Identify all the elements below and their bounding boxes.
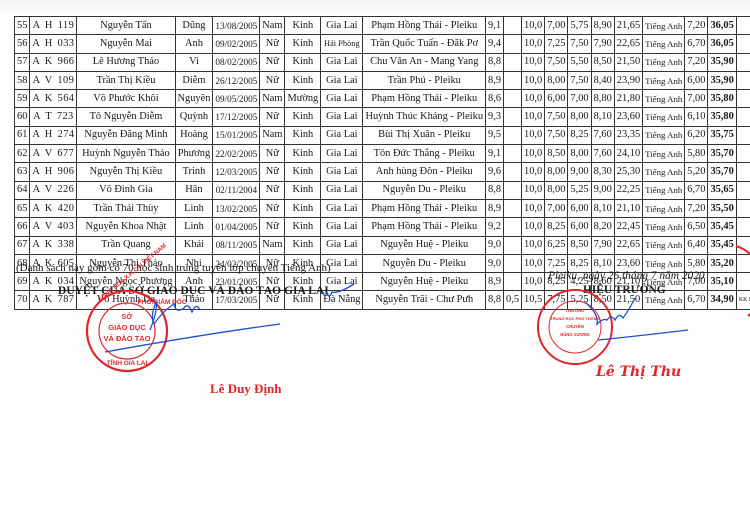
cell-d1: 10,0 [522,199,545,217]
cell-d2: 7,75 [545,291,568,309]
cell-ghichu [736,163,750,181]
cell-ten: Khải [175,236,213,254]
cell-d2: 7,50 [545,126,568,144]
cell-truong: Bùi Thị Xuân - Pleiku [363,126,486,144]
cell-noisinh: Gia Lai [321,53,363,71]
cell-mon: Tiếng Anh [643,17,685,35]
cell-dantoc: Kinh [285,181,321,199]
cell-sbd: A K 338 [30,236,77,254]
cell-sbd: A V 109 [30,71,77,89]
cell-ghichu [736,181,750,199]
cell-d5: 22,45 [614,218,642,236]
cell-uu_tien [504,254,522,272]
cell-d_mon: 6,70 [685,291,708,309]
cell-dantoc: Kinh [285,218,321,236]
cell-ten: Hân [175,181,213,199]
table-row: 58A V 109Trần Thị KiềuDiễm26/12/2005NữKi… [15,71,750,89]
cell-d4: 8,30 [591,163,614,181]
cell-ngaysinh: 26/12/2005 [213,71,260,89]
cell-uu_tien [504,199,522,217]
cell-d1: 10,0 [522,254,545,272]
cell-gioitinh: Nam [260,126,285,144]
cell-ngaysinh: 13/08/2005 [213,17,260,35]
cell-d_mon: 7,20 [685,53,708,71]
cell-diem_tb: 8,9 [486,199,504,217]
table-row: 61A H 274Nguyễn Đăng MinhHoàng15/01/2005… [15,126,750,144]
cell-stt: 55 [15,17,30,35]
cell-sbd: A K 966 [30,53,77,71]
cell-ho: Trần Thị Kiều [77,71,175,89]
cell-ghichu [736,254,750,272]
cell-ghichu [736,273,750,291]
cell-tong: 35,20 [708,254,736,272]
cell-ghichu [736,17,750,35]
cell-ho: Huỳnh Nguyễn Thảo [77,145,175,163]
cell-gioitinh: Nữ [260,108,285,126]
cell-truong: Trần Phú - Pleiku [363,71,486,89]
cell-ghichu [736,35,750,53]
cell-d2: 7,00 [545,199,568,217]
cell-uu_tien [504,126,522,144]
list-note: (Danh sách này gồm có 70 học sinh trúng … [16,262,331,274]
cell-mon: Tiếng Anh [643,35,685,53]
cell-d5: 23,90 [614,71,642,89]
cell-ten: Nguyên [175,90,213,108]
cell-uu_tien [504,35,522,53]
cell-stt: 70 [15,291,30,309]
cell-sbd: A H 906 [30,163,77,181]
table-row: 55A H 119Nguyễn TấnDũng13/08/2005NamKinh… [15,17,750,35]
cell-diem_tb: 9,5 [486,126,504,144]
cell-mon: Tiếng Anh [643,90,685,108]
cell-d3: 8,00 [568,108,591,126]
cell-dantoc: Kinh [285,71,321,89]
cell-d2: 8,00 [545,181,568,199]
cell-gioitinh: Nam [260,90,285,108]
cell-d5: 21,65 [614,17,642,35]
cell-d1: 10,0 [522,181,545,199]
cell-d_mon: 6,70 [685,35,708,53]
cell-truong: Huỳnh Thúc Kháng - Pleiku [363,108,486,126]
cell-gioitinh: Nữ [260,145,285,163]
cell-tong: 35,45 [708,236,736,254]
svg-text:SỞ: SỞ [122,312,133,321]
cell-d5: 22,25 [614,181,642,199]
cell-uu_tien [504,181,522,199]
cell-dantoc: Kinh [285,236,321,254]
cell-truong: Phạm Hồng Thái - Pleiku [363,17,486,35]
cell-d_mon: 6,20 [685,126,708,144]
cell-ngaysinh: 13/02/2005 [213,199,260,217]
cell-diem_tb: 9,0 [486,254,504,272]
cell-sbd: A T 723 [30,108,77,126]
cell-gioitinh: Nữ [260,218,285,236]
cell-stt: 60 [15,108,30,126]
cell-tong: 35,70 [708,163,736,181]
cell-stt: 64 [15,181,30,199]
cell-d_mon: 7,00 [685,90,708,108]
cell-d4: 7,90 [591,236,614,254]
cell-ten: Linh [175,218,213,236]
approval-title: DUYỆT CỦA SỞ GIÁO DỤC VÀ ĐÀO TẠO GIA LAI [58,285,329,297]
cell-stt: 63 [15,163,30,181]
cell-truong: Phạm Hồng Thái - Pleiku [363,199,486,217]
cell-tong: 35,90 [708,71,736,89]
cell-d3: 5,50 [568,53,591,71]
cell-truong: Nguyễn Trãi - Chư Pưh [363,291,486,309]
cell-sbd: A K 420 [30,199,77,217]
left-signer-name: Lê Duy Định [210,381,282,397]
cell-gioitinh: Nữ [260,163,285,181]
cell-tong: 34,90 [708,291,736,309]
svg-text:CHUYÊN: CHUYÊN [566,324,584,329]
cell-tong: 36,05 [708,35,736,53]
cell-d1: 10,0 [522,108,545,126]
cell-ho: Lê Hương Thảo [77,53,175,71]
cell-sbd: A H 119 [30,17,77,35]
cell-tong: 35,50 [708,199,736,217]
cell-ghichu [736,108,750,126]
cell-d5: 23,35 [614,126,642,144]
cell-uu_tien [504,90,522,108]
cell-stt: 62 [15,145,30,163]
cell-noisinh: Gia Lai [321,199,363,217]
cell-d4: 7,60 [591,145,614,163]
cell-d2: 8,00 [545,71,568,89]
cell-ho: Võ Đình Gia [77,181,175,199]
cell-noisinh: Gia Lai [321,145,363,163]
cell-ten: Vi [175,53,213,71]
cell-d5: 21,50 [614,53,642,71]
cell-truong: Nguyễn Du - Pleiku [363,254,486,272]
cell-diem_tb: 9,1 [486,17,504,35]
cell-uu_tien [504,71,522,89]
cell-ten: Phương [175,145,213,163]
cell-ngaysinh: 12/03/2005 [213,163,260,181]
cell-d_mon: 7,20 [685,17,708,35]
cell-d5: 24,10 [614,145,642,163]
cell-d5: 22,65 [614,35,642,53]
cell-tong: 36,05 [708,17,736,35]
cell-truong: Chu Văn An - Mang Yang [363,53,486,71]
right-signer-name: Lê Thị Thu [596,364,681,380]
svg-text:GIÁO DỤC: GIÁO DỤC [108,323,146,332]
table-row: 67A K 338Trần QuangKhải08/11/2005NamKinh… [15,236,750,254]
cell-ho: Nguyễn Khoa Nhật [77,218,175,236]
cell-d4: 7,60 [591,126,614,144]
cell-d4: 8,80 [591,90,614,108]
cell-stt: 69 [15,273,30,291]
cell-tong: 35,80 [708,90,736,108]
cell-mon: Tiếng Anh [643,181,685,199]
cell-noisinh: Gia Lai [321,181,363,199]
cell-d3: 5,25 [568,181,591,199]
cell-d1: 10,0 [522,35,545,53]
cell-ghichu [736,90,750,108]
cell-noisinh: Gia Lai [321,17,363,35]
cell-stt: 65 [15,199,30,217]
cell-d1: 10,0 [522,126,545,144]
cell-ngaysinh: 15/01/2005 [213,126,260,144]
cell-d3: 8,25 [568,126,591,144]
cell-d1: 10,0 [522,17,545,35]
cell-truong: Tôn Đức Thắng - Pleiku [363,145,486,163]
cell-sbd: A V 677 [30,145,77,163]
table-row: 66A V 403Nguyễn Khoa NhậtLinh01/04/2005N… [15,218,750,236]
cell-diem_tb: 8,6 [486,90,504,108]
table-row: 56A H 033Nguyễn MaiAnh09/02/2005NữKinhHả… [15,35,750,53]
cell-d5: 25,30 [614,163,642,181]
cell-d4: 8,50 [591,53,614,71]
cell-ngaysinh: 22/02/2005 [213,145,260,163]
cell-gioitinh: Nữ [260,35,285,53]
cell-d4: 8,10 [591,108,614,126]
cell-diem_tb: 9,2 [486,218,504,236]
cell-ngaysinh: 01/04/2005 [213,218,260,236]
cell-ten: Dũng [175,17,213,35]
cell-d2: 8,50 [545,145,568,163]
cell-d_mon: 6,50 [685,218,708,236]
cell-stt: 59 [15,90,30,108]
cell-dantoc: Kinh [285,108,321,126]
svg-text:HÙNG VƯƠNG: HÙNG VƯƠNG [560,332,590,337]
cell-ten: Linh [175,199,213,217]
cell-d3: 8,00 [568,145,591,163]
principal-title: HIỆU TRƯỞNG [583,284,666,296]
cell-diem_tb: 8,8 [486,53,504,71]
cell-d4: 8,20 [591,218,614,236]
cell-d_mon: 6,00 [685,71,708,89]
cell-d4: 8,10 [591,199,614,217]
cell-ghichu [736,71,750,89]
cell-d1: 10,5 [522,291,545,309]
cell-ho: Võ Phước Khôi [77,90,175,108]
cell-d5: 22,65 [614,236,642,254]
cell-ho: Nguyễn Đăng Minh [77,126,175,144]
cell-gioitinh: Nữ [260,71,285,89]
cell-d_mon: 7,20 [685,199,708,217]
cell-d3: 5,75 [568,17,591,35]
cell-sbd: A H 274 [30,126,77,144]
cell-diem_tb: 9,0 [486,236,504,254]
cell-noisinh: Hải Phòng [321,35,363,53]
cell-mon: Tiếng Anh [643,126,685,144]
cell-truong: Phạm Hồng Thái - Pleiku [363,218,486,236]
cell-tong: 35,45 [708,218,736,236]
cell-ghichu [736,53,750,71]
date-line: Pleiku, ngày 26 tháng 7 năm 2020 [548,270,705,282]
document-page: 55A H 119Nguyễn TấnDũng13/08/2005NamKinh… [0,0,750,530]
cell-tong: 35,70 [708,145,736,163]
cell-d2: 8,25 [545,218,568,236]
cell-uu_tien [504,108,522,126]
cell-truong: Nguyễn Huệ - Pleiku [363,236,486,254]
cell-diem_tb: 8,9 [486,273,504,291]
cell-d2: 6,00 [545,90,568,108]
table-row: 63A H 906Nguyễn Thị KiềuTrinh12/03/2005N… [15,163,750,181]
cell-truong: Trần Quốc Tuấn - Đăk Pơ [363,35,486,53]
cell-ten: Diễm [175,71,213,89]
cell-dantoc: Kinh [285,199,321,217]
cell-stt: 67 [15,236,30,254]
cell-d2: 7,50 [545,53,568,71]
cell-noisinh: Gia Lai [321,71,363,89]
cell-ghichu [736,199,750,217]
cell-d3: 6,00 [568,218,591,236]
cell-gioitinh: Nam [260,17,285,35]
cell-uu_tien [504,236,522,254]
cell-d3: 6,00 [568,199,591,217]
table-row: 60A T 723Tô Nguyễn DiễmQuỳnh17/12/2005Nữ… [15,108,750,126]
cell-diem_tb: 9,4 [486,35,504,53]
cell-gioitinh: Nữ [260,53,285,71]
cell-noisinh: Gia Lai [321,90,363,108]
cell-ghichu [736,145,750,163]
cell-d4: 7,90 [591,35,614,53]
cell-tong: 35,90 [708,53,736,71]
cell-ghichu [736,236,750,254]
table-row: 65A K 420Trần Thái ThùyLinh13/02/2005NữK… [15,199,750,217]
cell-stt: 56 [15,35,30,53]
svg-text:VÀ ĐÀO TẠO: VÀ ĐÀO TẠO [103,334,150,343]
cell-noisinh: Gia Lai [321,126,363,144]
cell-dantoc: Kinh [285,145,321,163]
cell-mon: Tiếng Anh [643,145,685,163]
cell-gioitinh: Nam [260,236,285,254]
cell-d4: 8,90 [591,17,614,35]
cell-gioitinh: Nữ [260,181,285,199]
cell-ngaysinh: 08/02/2005 [213,53,260,71]
cell-d2: 7,00 [545,17,568,35]
cell-d2: 7,25 [545,35,568,53]
cell-ho: Nguyễn Thị Kiều [77,163,175,181]
cell-diem_tb: 9,3 [486,108,504,126]
cell-mon: Tiếng Anh [643,218,685,236]
svg-text:TRUNG HỌC PHỔ THÔNG: TRUNG HỌC PHỔ THÔNG [550,316,600,321]
cell-d1: 10,0 [522,71,545,89]
cell-sbd: A K 564 [30,90,77,108]
cell-truong: Nguyễn Du - Pleiku [363,181,486,199]
cell-dantoc: Kinh [285,53,321,71]
cell-d_mon: 6,10 [685,108,708,126]
cell-d2: 7,50 [545,108,568,126]
cell-dantoc: Kinh [285,163,321,181]
cell-mon: Tiếng Anh [643,108,685,126]
cell-d4: 8,40 [591,71,614,89]
cell-sbd: A H 033 [30,35,77,53]
cell-uu_tien [504,273,522,291]
cell-truong: Phạm Hồng Thái - Pleiku [363,90,486,108]
cell-d3: 9,00 [568,163,591,181]
cell-d_mon: 6,70 [685,181,708,199]
cell-ghichu [736,218,750,236]
cell-d3: 7,00 [568,90,591,108]
cell-noisinh: Gia Lai [321,108,363,126]
cell-sbd: A V 226 [30,181,77,199]
cell-noisinh: Gia Lai [321,163,363,181]
cell-dantoc: Kinh [285,35,321,53]
cell-mon: Tiếng Anh [643,71,685,89]
cell-tong: 35,10 [708,273,736,291]
cell-stt: 57 [15,53,30,71]
cell-tong: 35,80 [708,108,736,126]
cell-ho: Trần Quang [77,236,175,254]
table-row: 57A K 966Lê Hương ThảoVi08/02/2005NữKinh… [15,53,750,71]
cell-d_mon: 5,80 [685,145,708,163]
cell-noisinh: Gia Lai [321,236,363,254]
cell-d1: 10,0 [522,163,545,181]
cell-d1: 10,0 [522,236,545,254]
cell-mon: Tiếng Anh [643,53,685,71]
cell-dantoc: Kinh [285,17,321,35]
cell-ten: Trinh [175,163,213,181]
cell-uu_tien: 0,5 [504,291,522,309]
cell-tong: 35,75 [708,126,736,144]
cell-gioitinh: Nữ [260,199,285,217]
cell-uu_tien [504,218,522,236]
cell-d2: 6,25 [545,236,568,254]
cell-uu_tien [504,145,522,163]
cell-diem_tb: 9,6 [486,163,504,181]
cell-ten: Hoàng [175,126,213,144]
cell-d_mon: 5,20 [685,163,708,181]
cell-diem_tb: 8,8 [486,291,504,309]
cell-ngaysinh: 08/11/2005 [213,236,260,254]
cell-ho: Tô Nguyễn Diễm [77,108,175,126]
cell-stt: 61 [15,126,30,144]
cell-d1: 10,0 [522,90,545,108]
cell-ghichu [736,126,750,144]
cell-mon: Tiếng Anh [643,199,685,217]
cell-ten: Quỳnh [175,108,213,126]
cell-stt: 58 [15,71,30,89]
cell-ten: Anh [175,35,213,53]
cell-d3: 7,50 [568,35,591,53]
cell-ngaysinh: 17/12/2005 [213,108,260,126]
cell-ho: Nguyễn Tấn [77,17,175,35]
cell-uu_tien [504,53,522,71]
cell-diem_tb: 9,1 [486,145,504,163]
cell-d2: 8,00 [545,163,568,181]
cell-tong: 35,65 [708,181,736,199]
cell-dantoc: Mường [285,90,321,108]
cell-ngaysinh: 02/11/2004 [213,181,260,199]
cell-d1: 10,0 [522,53,545,71]
cell-d1: 10,0 [522,273,545,291]
table-row: 64A V 226Võ Đình GiaHân02/11/2004NữKinhG… [15,181,750,199]
cell-ngaysinh: 09/02/2005 [213,35,260,53]
cell-sbd: A V 403 [30,218,77,236]
cell-diem_tb: 8,9 [486,71,504,89]
table-row: 62A V 677Huỳnh Nguyễn ThảoPhương22/02/20… [15,145,750,163]
cell-d5: 21,10 [614,199,642,217]
cell-diem_tb: 8,8 [486,181,504,199]
cell-d1: 10,0 [522,218,545,236]
cell-d4: 9,00 [591,181,614,199]
cell-d3: 7,50 [568,71,591,89]
cell-d5: 23,60 [614,108,642,126]
cell-ngaysinh: 09/05/2005 [213,90,260,108]
cell-ho: Nguyễn Mai [77,35,175,53]
cell-uu_tien [504,163,522,181]
cell-ho: Trần Thái Thùy [77,199,175,217]
cell-truong: Nguyễn Huệ - Pleiku [363,273,486,291]
cell-truong: Anh hùng Đôn - Pleiku [363,163,486,181]
cell-d1: 10,0 [522,145,545,163]
table-row: 59A K 564Võ Phước KhôiNguyên09/05/2005Na… [15,90,750,108]
cell-d3: 8,50 [568,236,591,254]
svg-text:TỈNH GIA LAI: TỈNH GIA LAI [107,358,148,367]
